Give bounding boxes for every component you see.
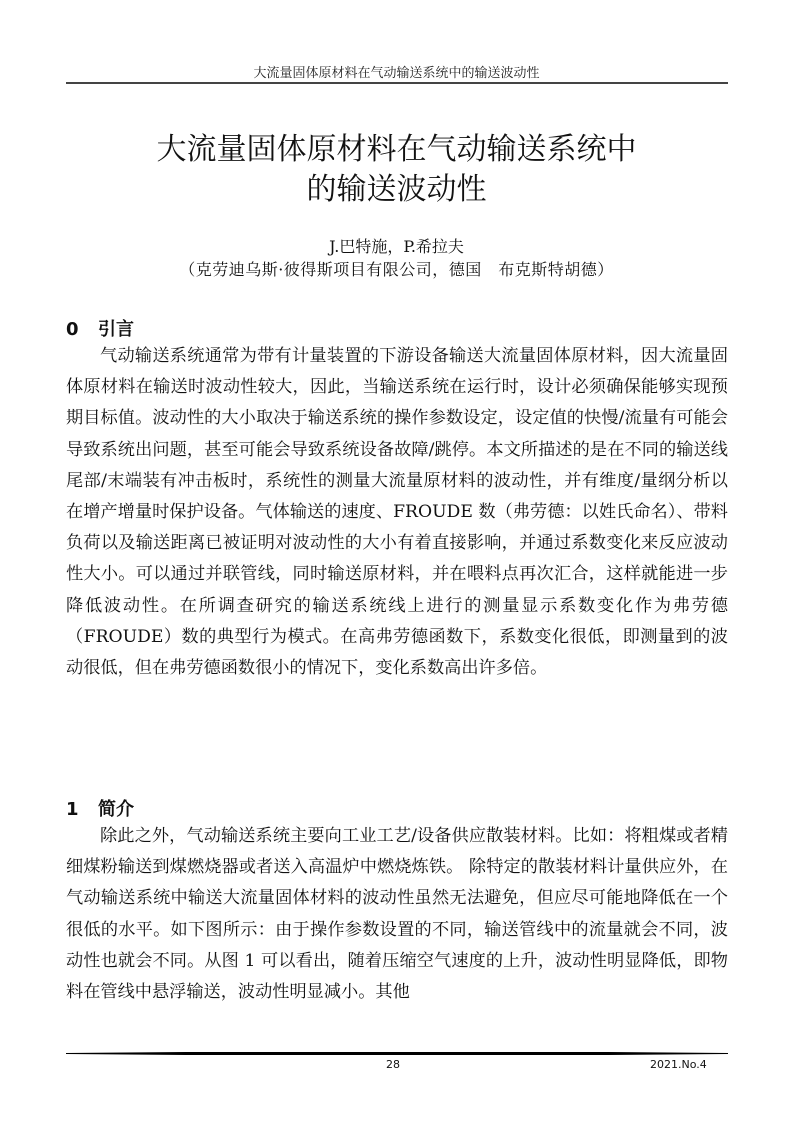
paragraph-introduction: 气动输送系统通常为带有计量装置的下游设备输送大流量固体原材料，因大流量固体原材料… xyxy=(66,327,728,684)
paragraph-overview: 除此之外，气动输送系统主要向工业工艺/设备供应散装材料。比如：将粗煤或者精细煤粉… xyxy=(66,807,728,1008)
title-line-1: 大流量固体原材料在气动输送系统中 xyxy=(0,130,793,170)
running-header: 大流量固体原材料在气动输送系统中的输送波动性 xyxy=(0,62,793,81)
article-title: 大流量固体原材料在气动输送系统中 的输送波动性 xyxy=(0,130,793,210)
footer-rule-thin xyxy=(66,1053,728,1054)
authors: J.巴特施，P.希拉夫 xyxy=(0,236,793,258)
page-number: 28 xyxy=(386,1058,400,1071)
header-rule xyxy=(66,82,728,84)
issue-label: 2021.No.4 xyxy=(650,1058,707,1071)
affiliation: （克劳迪乌斯·彼得斯项目有限公司，德国 布克斯特胡德） xyxy=(0,259,793,281)
title-line-2: 的输送波动性 xyxy=(0,170,793,210)
